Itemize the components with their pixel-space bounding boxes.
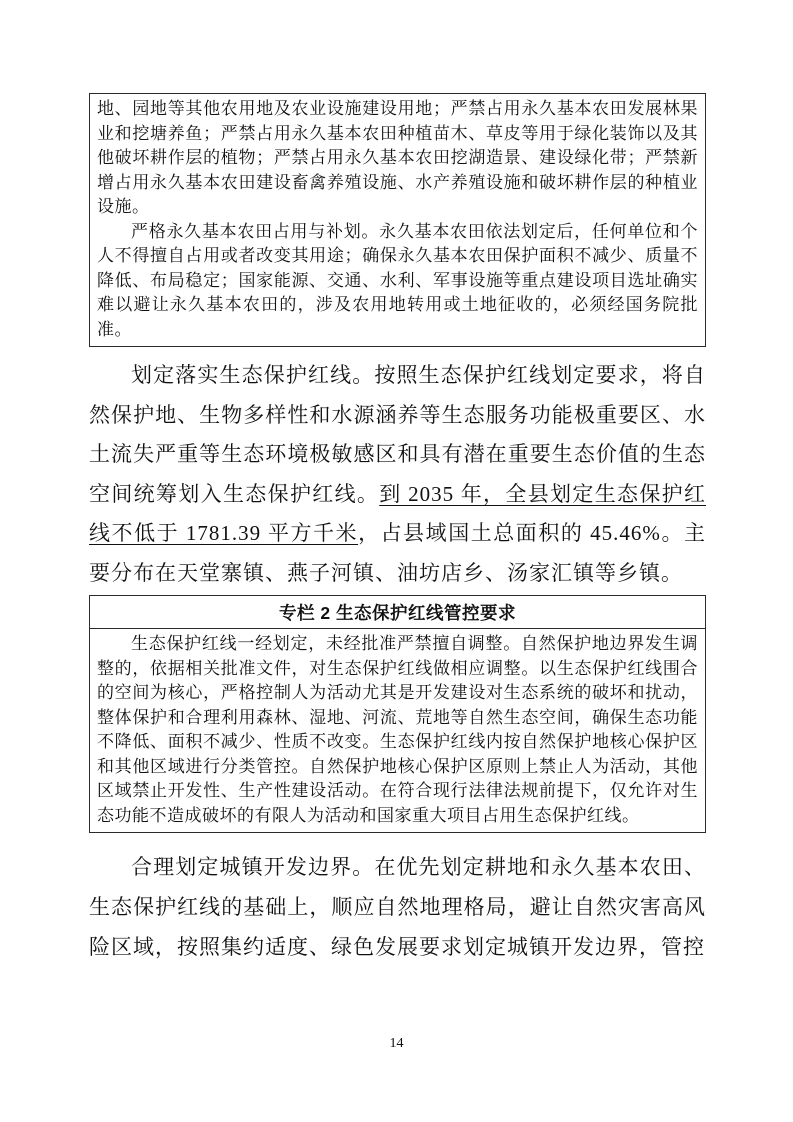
urban-boundary-paragraph: 合理划定城镇开发边界。在优先划定耕地和永久基本农田、生态保护红线的基础上，顺应自… bbox=[89, 847, 706, 967]
farmland-box-paragraph-occupation: 严格永久基本农田占用与补划。永久基本农田依法划定后，任何单位和个人不得擅自占用或… bbox=[97, 220, 698, 343]
document-page: 地、园地等其他农用地及农业设施建设用地；严禁占用永久基本农田发展林果业和挖塘养鱼… bbox=[89, 0, 706, 967]
eco-redline-paragraph: 划定落实生态保护红线。按照生态保护红线划定要求，将自然保护地、生物多样性和水源涵… bbox=[89, 356, 706, 593]
page-number: 14 bbox=[0, 1036, 793, 1052]
eco-redline-control-box: 专栏 2 生态保护红线管控要求 生态保护红线一经划定，未经批准严禁擅自调整。自然… bbox=[89, 595, 706, 833]
eco-redline-box-body: 生态保护红线一经划定，未经批准严禁擅自调整。自然保护地边界发生调整的，依据相关批… bbox=[97, 632, 698, 828]
farmland-control-box: 地、园地等其他农用地及农业设施建设用地；严禁占用永久基本农田发展林果业和挖塘养鱼… bbox=[89, 93, 706, 347]
farmland-box-paragraph-continuation: 地、园地等其他农用地及农业设施建设用地；严禁占用永久基本农田发展林果业和挖塘养鱼… bbox=[97, 97, 698, 220]
eco-redline-box-title: 专栏 2 生态保护红线管控要求 bbox=[90, 596, 705, 629]
